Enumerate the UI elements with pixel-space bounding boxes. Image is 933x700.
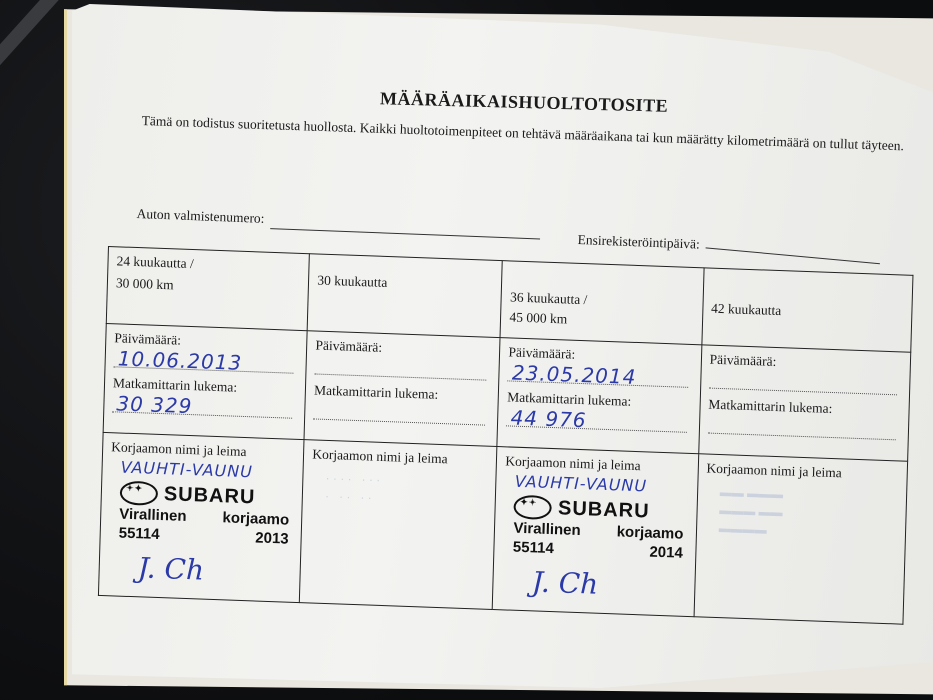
workshop-handwritten: VAUHTI-VAUNU [120, 458, 295, 483]
signature: J. Ch [531, 565, 686, 604]
subaru-stamp: SUBARU Virallinenkorjaamo 551142014 [513, 495, 685, 563]
workshop-cell: Korjaamon nimi ja leima VAUHTI-VAUNU SUB… [493, 447, 699, 617]
first-registration-blank[interactable] [706, 247, 880, 264]
workshop-cell: Korjaamon nimi ja leima ▬▬ ▬▬▬▬▬▬ ▬▬▬▬▬▬ [694, 454, 908, 624]
first-registration-field[interactable]: Ensirekisteröintipäivä: [577, 232, 881, 260]
subaru-logo-icon [514, 495, 553, 520]
subaru-stamp: SUBARU Virallinenkorjaamo 551142013 [118, 481, 290, 549]
workshop-cell: Korjaamon nimi ja leima VAUHTI-VAUNU SUB… [98, 432, 304, 602]
date-odometer-cell: Päivämäärä: Matkamittarin lukema: [304, 331, 500, 447]
workshop-cell: Korjaamon nimi ja leima · · · · · · ·· ·… [300, 440, 498, 610]
date-odometer-cell: Päivämäärä: 10.06.2013 Matkamittarin luk… [103, 323, 307, 439]
intro-text: Tämä on todistus suoritetusta huollosta.… [141, 112, 911, 156]
faint-bleed-through: ▬▬ ▬▬▬▬▬▬ ▬▬▬▬▬▬ [719, 483, 899, 543]
interval-cell: 36 kuukautta /45 000 km [500, 261, 703, 345]
interval-cell: 24 kuukautta /30 000 km [106, 247, 309, 331]
interval-cell: 30 kuukautta [307, 254, 502, 338]
vin-field[interactable]: Auton valmistenumero: [136, 206, 540, 239]
date-odometer-cell: Päivämäärä: Matkamittarin lukema: [698, 345, 910, 461]
interval-cell: 42 kuukautta [702, 268, 913, 352]
workshop-handwritten: VAUHTI-VAUNU [515, 472, 690, 497]
vin-label: Auton valmistenumero: [136, 206, 264, 226]
vin-blank[interactable] [270, 228, 540, 239]
page-title: MÄÄRÄAIKAISHUOLTOTOSITE [380, 88, 669, 117]
faint-bleed-through: · · · · · · ·· · · · · [325, 469, 488, 511]
first-registration-label: Ensirekisteröintipäivä: [577, 232, 700, 252]
page-content: MÄÄRÄAIKAISHUOLTOTOSITE Tämä on todistus… [0, 0, 933, 700]
workshop-row: Korjaamon nimi ja leima VAUHTI-VAUNU SUB… [98, 432, 907, 624]
signature: J. Ch [137, 551, 292, 590]
date-odometer-cell: Päivämäärä: 23.05.2014 Matkamittarin luk… [497, 338, 701, 454]
service-table: 24 kuukautta /30 000 km 30 kuukautta 36 … [98, 246, 914, 625]
subaru-logo-icon [120, 481, 159, 506]
